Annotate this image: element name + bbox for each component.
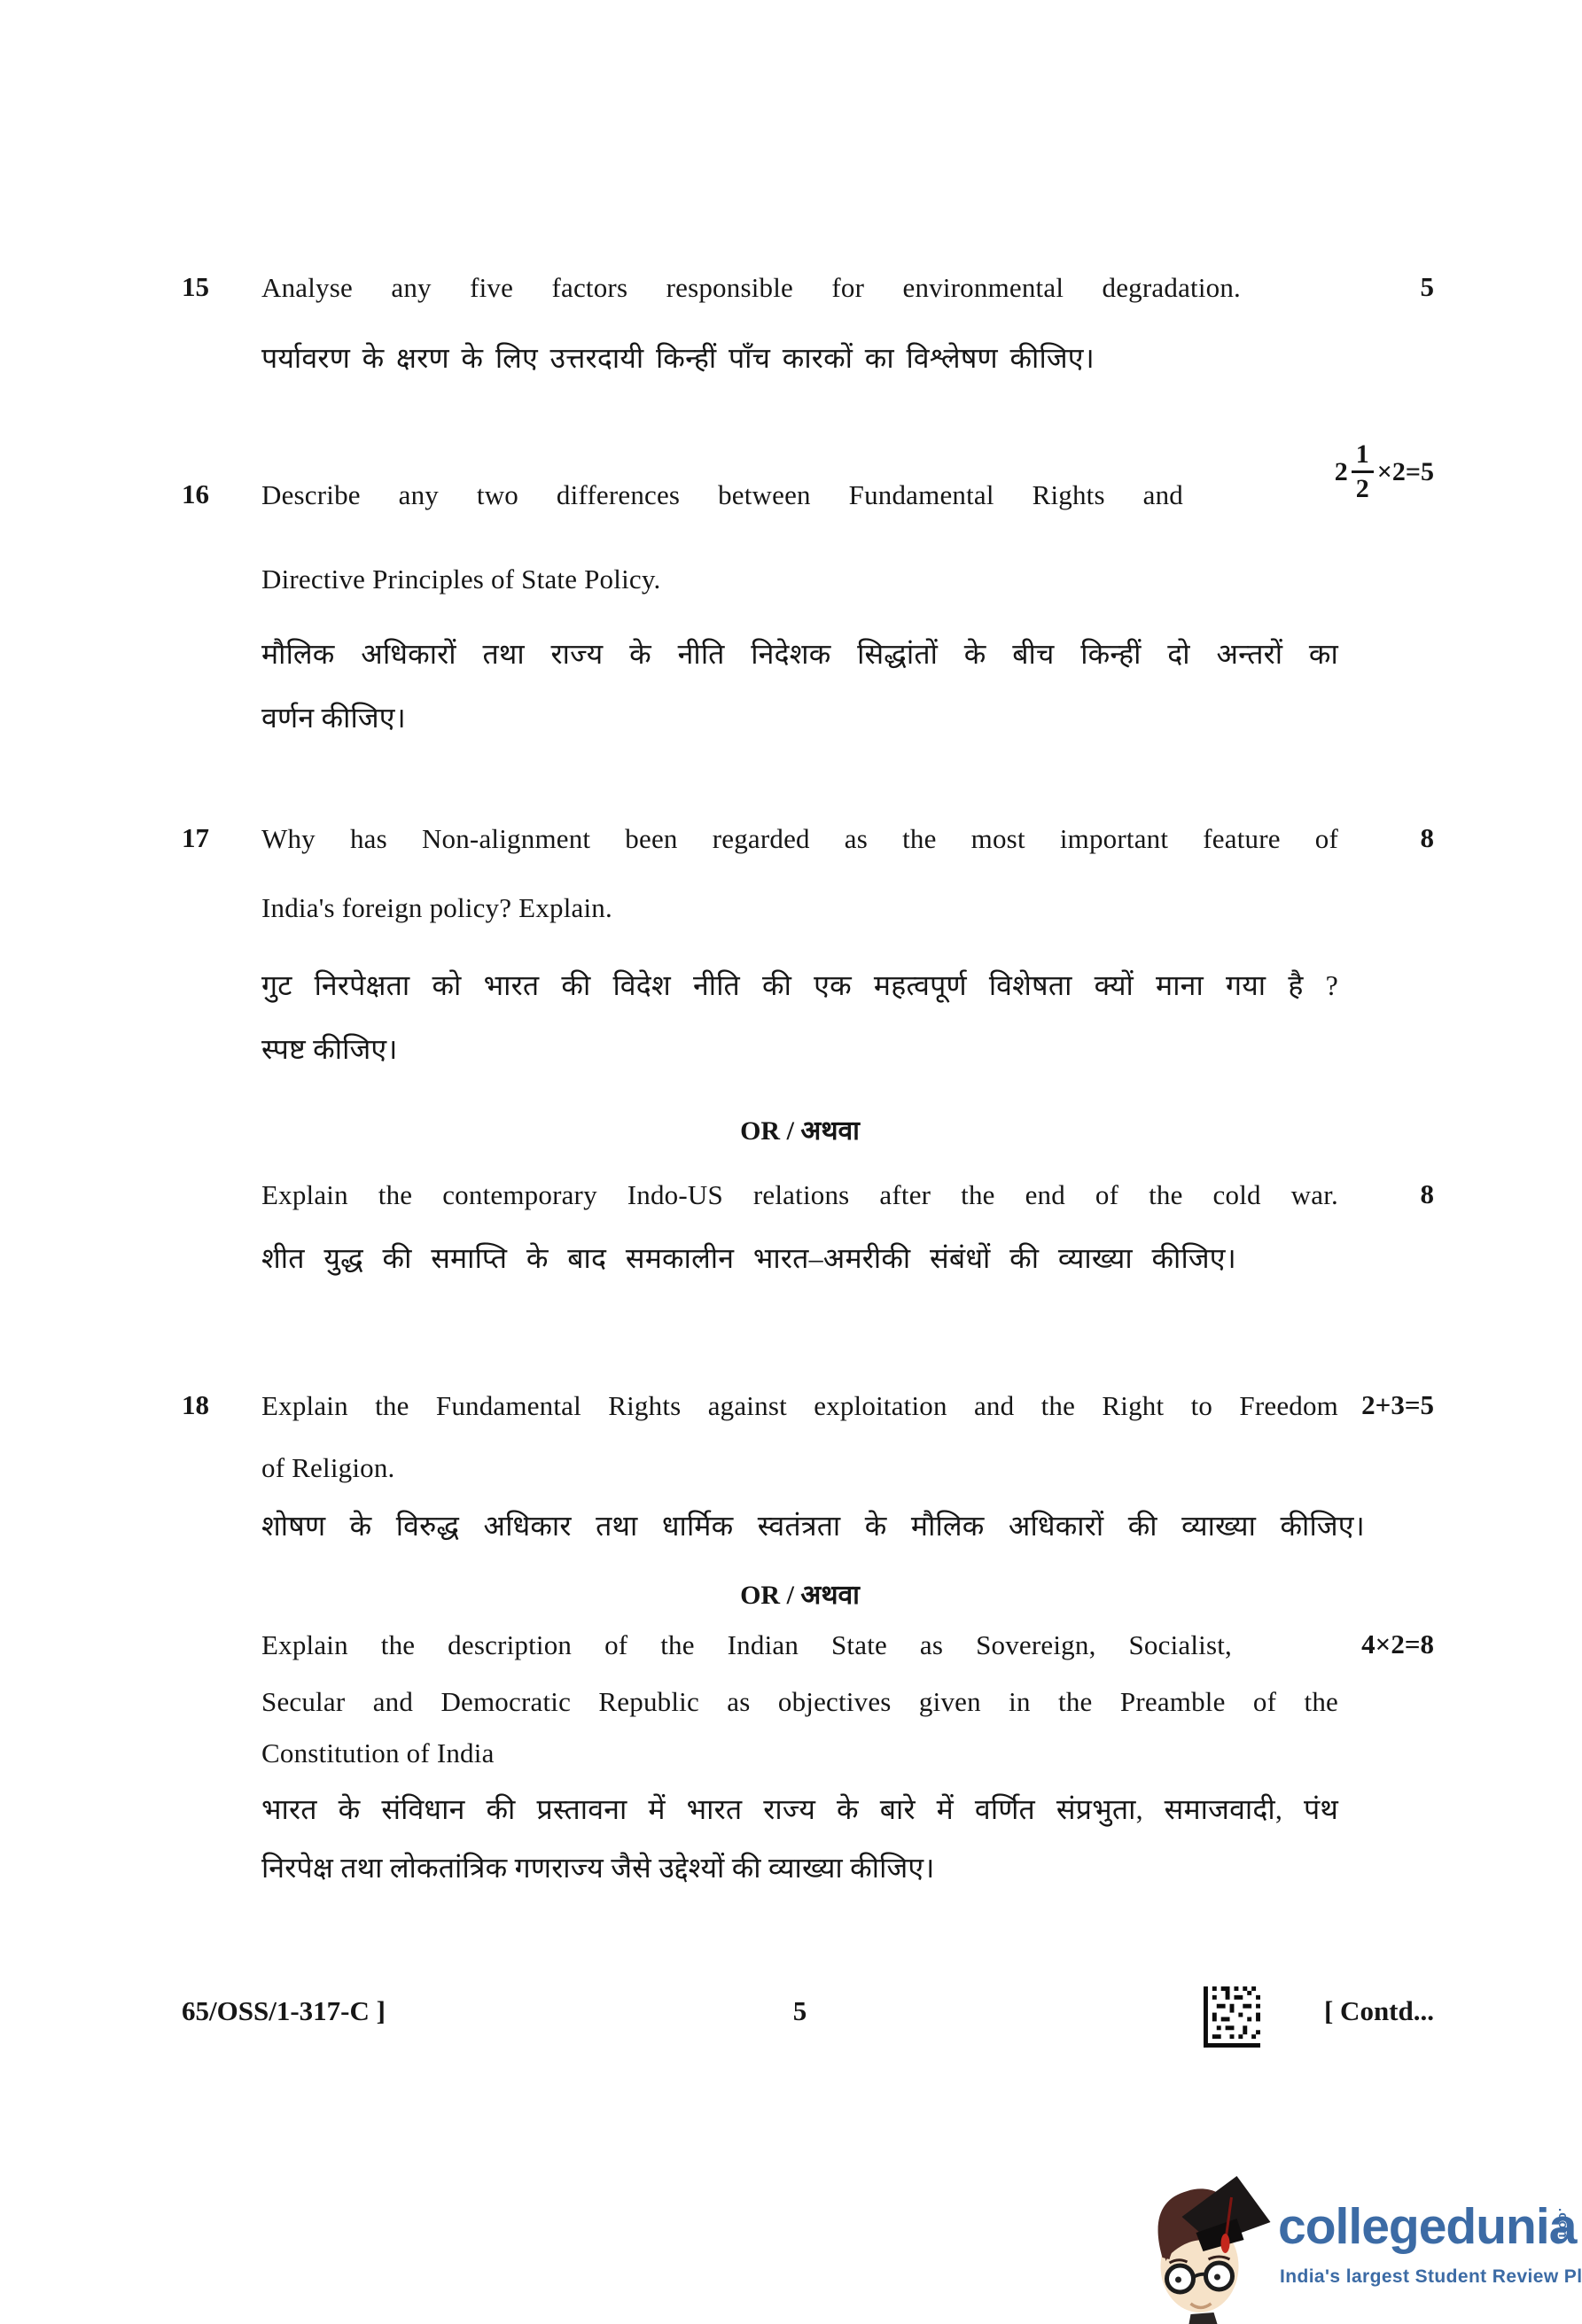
question-16-text-en-line1: Describe any two differences between Fun… (261, 478, 1183, 513)
question-17-marks: 8 (1421, 822, 1435, 854)
question-18-number: 18 (182, 1389, 209, 1421)
collegedunia-logo: collegedunia .com India's largest Studen… (1136, 2162, 1582, 2324)
question-15-marks: 5 (1421, 271, 1435, 303)
collegedunia-tagline: India's largest Student Review Platform (1280, 2266, 1582, 2288)
question-paper-page: 15 Analyse any five factors responsible … (0, 0, 1582, 2324)
footer-page-number: 5 (261, 1995, 1338, 2027)
question-18-alt-text-hi-line2: निरपेक्ष तथा लोकतांत्रिक गणराज्य जैसे उद… (261, 1850, 935, 1885)
marks-denominator: 2 (1356, 473, 1369, 502)
question-18-alt-marks: 4×2=8 (1361, 1628, 1434, 1660)
marks-numerator: 1 (1352, 441, 1374, 473)
collegedunia-wordmark: collegedunia (1278, 2197, 1576, 2256)
or-divider-1: OR / अथवा (261, 1111, 1338, 1147)
question-18-alt-text-en-line3: Constitution of India (261, 1737, 495, 1771)
question-17-text-en-line1: Why has Non-alignment been regarded as t… (261, 822, 1338, 857)
barcode-icon (1204, 1986, 1260, 2048)
question-16-marks: 212×2=5 (1335, 441, 1434, 502)
question-17-text-hi-line1: गुट निरपेक्षता को भारत की विदेश नीति की … (261, 968, 1338, 1003)
collegedunia-mascot-icon (1143, 2169, 1274, 2324)
question-17-text-hi-line2: स्पष्ट कीजिए। (261, 1031, 398, 1067)
question-17-number: 17 (182, 822, 209, 854)
collegedunia-tld: .com (1555, 2208, 1570, 2242)
question-18-alt-text-hi-line1: भारत के संविधान की प्रस्तावना में भारत र… (261, 1792, 1338, 1827)
question-17-alt-text-en: Explain the contemporary Indo-US relatio… (261, 1178, 1338, 1213)
or-divider-2: OR / अथवा (261, 1575, 1338, 1612)
question-15-number: 15 (182, 271, 209, 303)
marks-suffix: ×2=5 (1377, 457, 1434, 487)
question-17-alt-marks: 8 (1421, 1178, 1435, 1210)
marks-whole: 2 (1335, 457, 1348, 487)
question-16-text-en-line2: Directive Principles of State Policy. (261, 563, 660, 597)
question-18-alt-text-en-line1: Explain the description of the Indian St… (261, 1628, 1232, 1663)
question-18-text-en-line1: Explain the Fundamental Rights against e… (261, 1389, 1338, 1424)
question-17-text-en-line2: India's foreign policy? Explain. (261, 891, 612, 926)
question-18-text-en-line2: of Religion. (261, 1451, 395, 1486)
question-16-text-hi-line1: मौलिक अधिकारों तथा राज्य के नीति निदेशक … (261, 636, 1338, 672)
question-16-number: 16 (182, 478, 209, 510)
question-16-text-hi-line2: वर्णन कीजिए। (261, 700, 406, 735)
question-18-alt-text-en-line2: Secular and Democratic Republic as objec… (261, 1685, 1338, 1720)
question-18-marks: 2+3=5 (1361, 1389, 1434, 1421)
question-15-text-en: Analyse any five factors responsible for… (261, 271, 1241, 306)
question-15-text-hi: पर्यावरण के क्षरण के लिए उत्तरदायी किन्ह… (261, 340, 1095, 376)
question-18-text-hi: शोषण के विरुद्ध अधिकार तथा धार्मिक स्वतं… (261, 1508, 1365, 1543)
question-17-alt-text-hi: शीत युद्ध की समाप्ति के बाद समकालीन भारत… (261, 1240, 1236, 1276)
footer-contd-label: [ Contd... (1324, 1995, 1434, 2027)
